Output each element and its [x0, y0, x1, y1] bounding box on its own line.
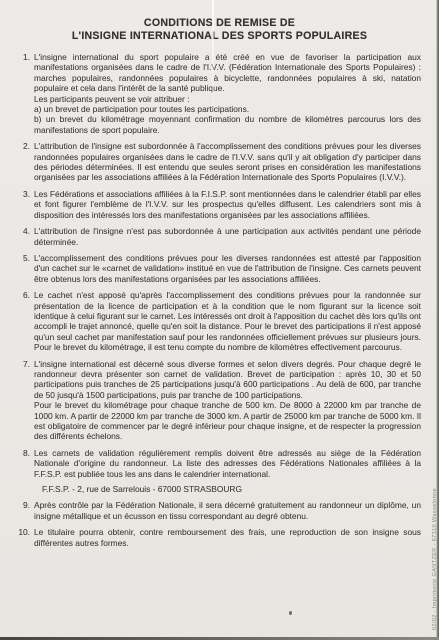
condition-paragraph: Les Fédérations et associations affiliée… [34, 189, 421, 220]
condition-paragraph: a) un brevet de participation pour toute… [34, 104, 421, 114]
list-item: 10. Le titulaire pourra obtenir, contre … [13, 527, 421, 548]
condition-paragraph: L'insigne international est décerné sous… [34, 359, 421, 401]
list-item: 5. L'accomplissement des conditions prév… [13, 253, 421, 284]
condition-paragraph: L'insigne international du sport populai… [34, 52, 421, 94]
condition-paragraph: b) un brevet du kilométrage moyennant co… [34, 114, 421, 135]
item-number: 8. [13, 448, 34, 495]
list-item: 1. L'insigne international du sport popu… [13, 52, 421, 135]
conditions-list: 1. L'insigne international du sport popu… [13, 52, 421, 548]
item-number: 5. [13, 253, 34, 284]
document-title-line1: CONDITIONS DE REMISE DE [0, 17, 439, 30]
federation-address: F.F.S.P. - 2, rue de Sarrelouis - 67000 … [34, 484, 421, 494]
item-text: L'insigne international est décerné sous… [34, 359, 421, 442]
item-text: Les carnets de validation régulièrement … [34, 448, 421, 495]
scanned-document-page: CONDITIONS DE REMISE DE L'INSIGNE INTERN… [0, 0, 439, 640]
document-title: CONDITIONS DE REMISE DE L'INSIGNE INTERN… [0, 0, 439, 43]
item-number: 2. [13, 141, 34, 183]
scan-speck [289, 611, 292, 615]
item-text: Le titulaire pourra obtenir, contre remb… [34, 527, 421, 548]
item-number: 10. [13, 527, 34, 548]
condition-paragraph: L'attribution de l'insigne n'est pas sub… [34, 226, 421, 247]
condition-paragraph: Les participants peuvent se voir attribu… [34, 94, 421, 104]
item-text: L'accomplissement des conditions prévues… [34, 253, 421, 284]
item-number: 1. [13, 52, 34, 135]
item-text: L'attribution de l'insigne n'est pas sub… [34, 226, 421, 247]
list-item: 6. Le cachet n'est apposé qu'après l'acc… [13, 290, 421, 352]
condition-paragraph: Après contrôle par la Fédération Nationa… [34, 500, 421, 521]
list-item: 2. L'attribution de l'insigne est subord… [13, 141, 421, 183]
list-item: 9. Après contrôle par la Fédération Nati… [13, 500, 421, 521]
list-item: 4. L'attribution de l'insigne n'est pas … [13, 226, 421, 247]
item-text: Le cachet n'est apposé qu'après l'accomp… [34, 290, 421, 352]
item-text: L'attribution de l'insigne est subordonn… [34, 141, 421, 183]
condition-paragraph: L'accomplissement des conditions prévues… [34, 253, 421, 284]
condition-paragraph: Les carnets de validation régulièrement … [34, 448, 421, 479]
item-text: Les Fédérations et associations affiliée… [34, 189, 421, 220]
condition-paragraph: L'attribution de l'insigne est subordonn… [34, 141, 421, 183]
list-item: 8. Les carnets de validation régulièreme… [13, 448, 421, 495]
condition-paragraph: Pour le brevet du kilométrage pour chaqu… [34, 400, 421, 442]
condition-paragraph: Le titulaire pourra obtenir, contre remb… [34, 527, 421, 548]
item-number: 9. [13, 500, 34, 521]
item-number: 3. [13, 189, 34, 220]
document-title-line2: L'INSIGNE INTERNATIONAL DES SPORTS POPUL… [0, 30, 439, 43]
item-number: 7. [13, 359, 34, 442]
list-item: 7. L'insigne international est décerné s… [13, 359, 421, 442]
list-item: 3. Les Fédérations et associations affil… [13, 189, 421, 220]
item-number: 4. [13, 226, 34, 247]
item-text: Après contrôle par la Fédération Nationa… [34, 500, 421, 521]
condition-paragraph: Le cachet n'est apposé qu'après l'accomp… [34, 290, 421, 352]
item-number: 6. [13, 290, 34, 352]
item-text: L'insigne international du sport populai… [34, 52, 421, 135]
